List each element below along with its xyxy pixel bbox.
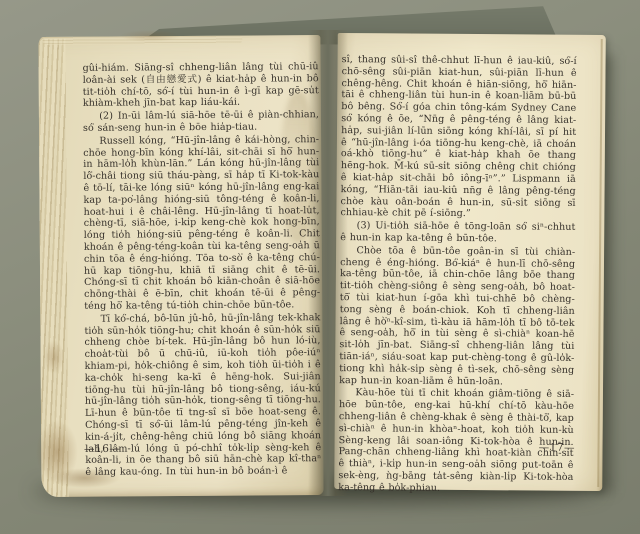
paragraph: gûi-hiám. Siāng-sî chheng-liân lâng tùi … bbox=[83, 61, 319, 110]
right-page-number: —17— bbox=[340, 440, 575, 454]
left-page-text: gûi-hiám. Siāng-sî chheng-liân lâng tùi … bbox=[83, 61, 322, 479]
paragraph: (2) In-ūi lâm-lú siā-hōe tē-ūi ê piàn-ch… bbox=[83, 109, 319, 134]
left-page-number: —16— bbox=[84, 443, 120, 455]
paragraph: Chòe tōa ê būn-tôe goân-in sī tùi chiàn-… bbox=[339, 245, 575, 388]
paragraph: sî, thang sûi-sî thê-chhut lī-hun ê iau-… bbox=[340, 54, 576, 221]
paragraph: (3) Ui-tio̍h siā-hōe ê tōng-loān só͘ siⁿ… bbox=[340, 220, 575, 245]
photo-background: gûi-hiám. Siāng-sî chheng-liân lâng tùi … bbox=[0, 0, 640, 534]
paragraph: Russell kóng, “Hū-jîn-lâng ê kái-hòng, c… bbox=[83, 134, 320, 313]
foxing-stain bbox=[120, 30, 180, 42]
right-page-text: sî, thang sûi-sî thê-chhut lī-hun ê iau-… bbox=[338, 54, 576, 495]
foxing-stain bbox=[44, 340, 64, 374]
